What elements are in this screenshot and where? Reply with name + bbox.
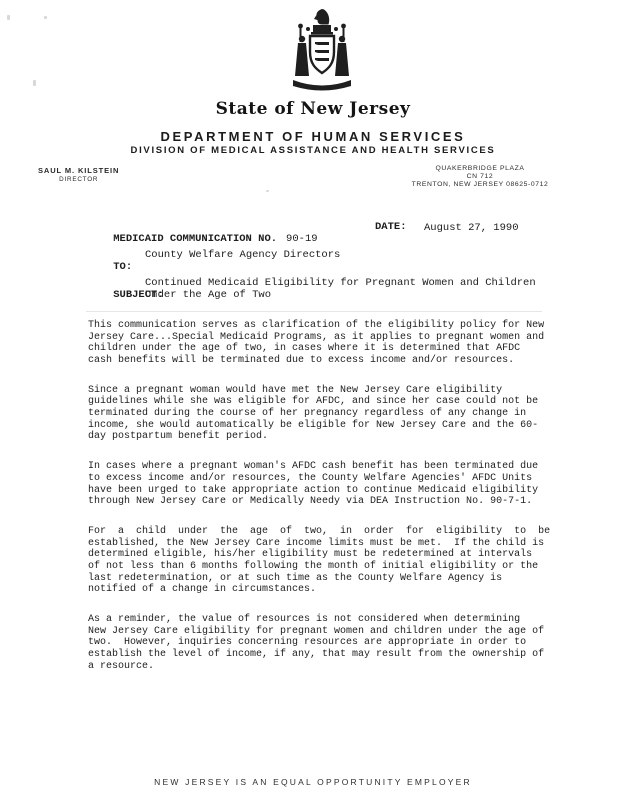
date-label: DATE: [375, 221, 407, 233]
state-title: State of New Jersey [0, 99, 626, 119]
official-title: DIRECTOR [38, 176, 119, 183]
agency-address: QUAKERBRIDGE PLAZA CN 712 TRENTON, NEW J… [405, 165, 555, 189]
official-block: SAUL M. KILSTEIN DIRECTOR [38, 166, 119, 183]
address-line-1: QUAKERBRIDGE PLAZA [405, 165, 555, 173]
communication-number: 90-19 [286, 233, 318, 245]
equal-opportunity-footer: NEW JERSEY IS AN EQUAL OPPORTUNITY EMPLO… [0, 777, 626, 787]
scanned-memo-document: State of New Jersey DEPARTMENT OF HUMAN … [0, 0, 626, 800]
communication-label: MEDICAID COMMUNICATION NO. [113, 233, 277, 245]
address-line-2: CN 712 [405, 173, 555, 181]
nj-state-seal-icon [289, 8, 355, 105]
paragraph-5: As a reminder, the value of resources is… [88, 614, 558, 672]
header-divider-rule [86, 311, 542, 312]
date-value: August 27, 1990 [424, 222, 519, 234]
paragraph-1: This communication serves as clarificati… [88, 320, 558, 366]
scan-speck [7, 15, 10, 20]
official-name: SAUL M. KILSTEIN [38, 166, 119, 175]
division-name: DIVISION OF MEDICAL ASSISTANCE AND HEALT… [0, 145, 626, 156]
scan-speck [266, 190, 269, 192]
scan-speck [33, 80, 36, 86]
paragraph-2: Since a pregnant woman would have met th… [88, 385, 558, 443]
scan-speck [44, 16, 47, 19]
paragraph-3: In cases where a pregnant woman's AFDC c… [88, 461, 558, 507]
paragraph-4: For a child under the age of two, in ord… [88, 526, 558, 596]
subject-value: Continued Medicaid Eligibility for Pregn… [145, 277, 536, 301]
to-label: TO: [113, 261, 132, 273]
department-name: DEPARTMENT OF HUMAN SERVICES [0, 129, 626, 144]
to-value: County Welfare Agency Directors [145, 249, 340, 261]
subject-line: SUBJECT: Continued Medicaid Eligibility … [88, 277, 558, 325]
address-line-3: TRENTON, NEW JERSEY 08625-0712 [405, 181, 555, 189]
memo-body: This communication serves as clarificati… [88, 320, 558, 691]
